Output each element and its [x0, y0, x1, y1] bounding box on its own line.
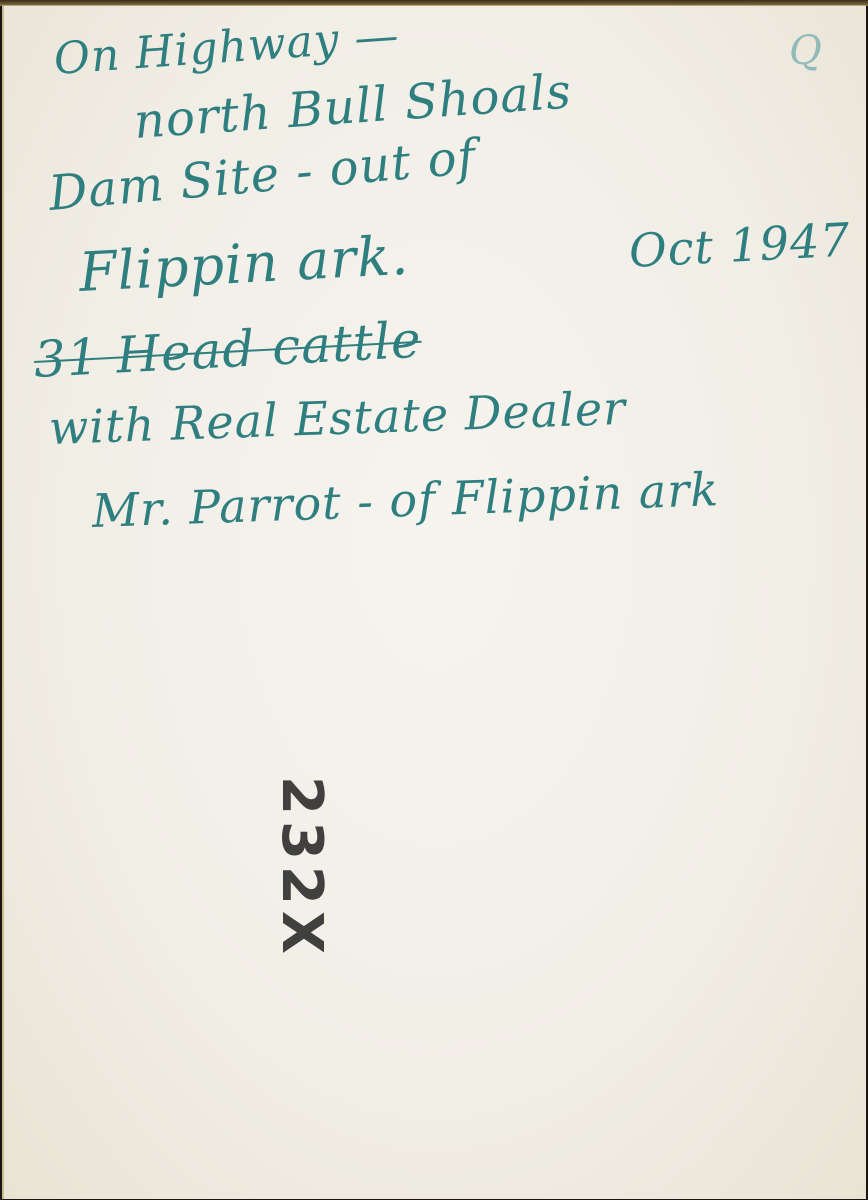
- stamp-digits: 232X: [269, 776, 334, 960]
- note-line-2: north Bull Shoals: [132, 63, 574, 149]
- note-line-6: with Real Estate Dealer: [48, 381, 627, 455]
- note-line-3: Dam Site - out of: [47, 129, 479, 222]
- corner-ink-mark: Q: [789, 28, 822, 74]
- note-date: Oct 1947: [628, 212, 852, 278]
- photo-back: Q On Highway — north Bull Shoals Dam Sit…: [2, 5, 866, 1199]
- note-line-5: 31 Head cattle: [32, 311, 423, 389]
- note-line-1: On Highway —: [52, 10, 401, 85]
- note-line-7: Mr. Parrot - of Flippin ark: [91, 462, 720, 538]
- note-line-4: Flippin ark.: [77, 224, 410, 304]
